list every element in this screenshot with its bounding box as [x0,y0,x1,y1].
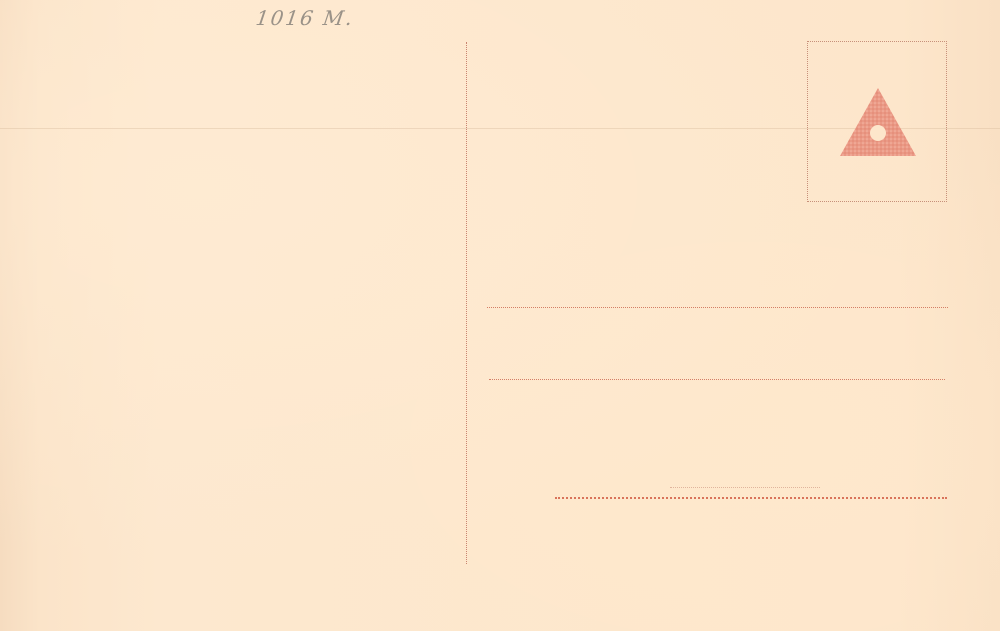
handwritten-note: 1016 M. [254,6,355,30]
stamp-box [807,41,947,202]
triangle-logo-icon [838,86,918,158]
address-line-3 [555,497,947,499]
center-divider-line [466,42,467,564]
address-line-1 [487,307,948,308]
postcard-back: 1016 M. [0,0,1000,631]
address-line-2 [489,379,945,380]
address-line-3-guide [670,487,820,488]
